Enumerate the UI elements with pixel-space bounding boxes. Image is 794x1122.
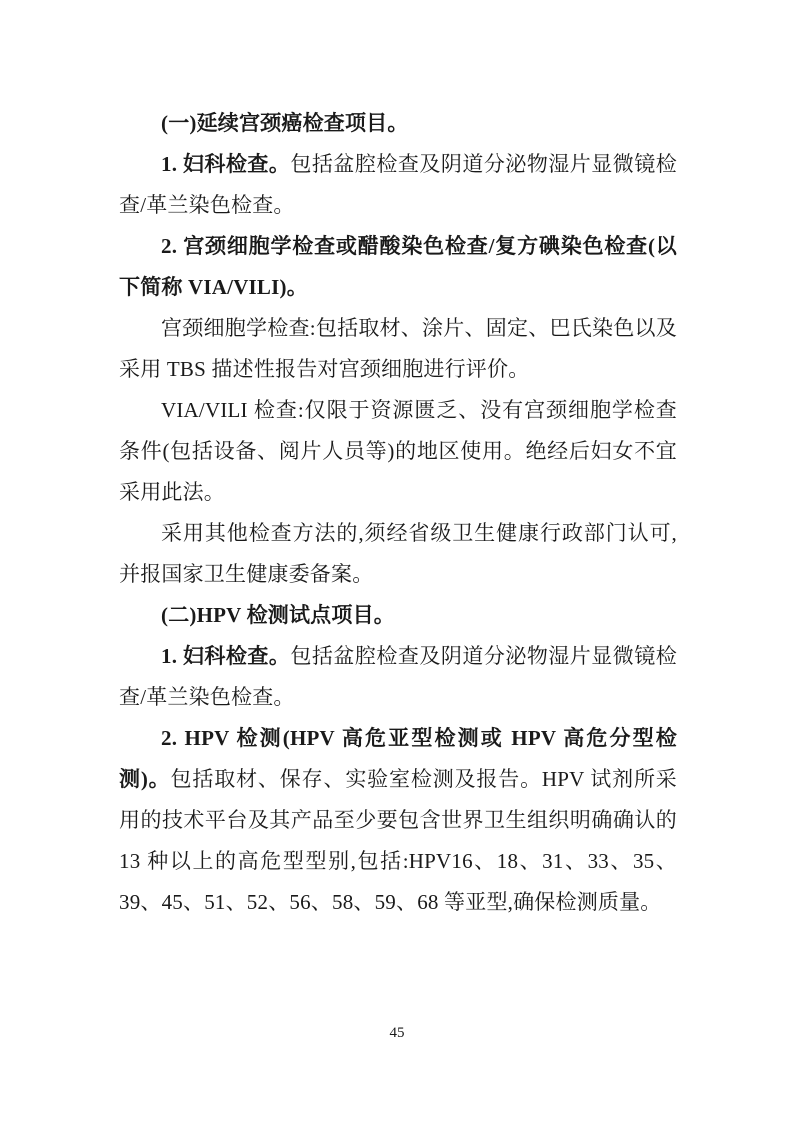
paragraph: 2. HPV 检测(HPV 高危亚型检测或 HPV 高危分型检测)。包括取材、保… bbox=[119, 718, 677, 923]
text-run-bold: 2. 宫颈细胞学检查或醋酸染色检查/复方碘染色检查(以下简称 VIA/VILI)… bbox=[119, 234, 677, 299]
paragraph: (二)HPV 检测试点项目。 bbox=[119, 595, 677, 636]
document-body: (一)延续宫颈癌检查项目。1. 妇科检查。包括盆腔检查及阴道分泌物湿片显微镜检查… bbox=[119, 103, 677, 923]
paragraph: 1. 妇科检查。包括盆腔检查及阴道分泌物湿片显微镜检查/革兰染色检查。 bbox=[119, 144, 677, 226]
paragraph: (一)延续宫颈癌检查项目。 bbox=[119, 103, 677, 144]
text-run-bold: (二)HPV 检测试点项目。 bbox=[161, 603, 395, 627]
page-number: 45 bbox=[0, 1024, 794, 1042]
paragraph: VIA/VILI 检查:仅限于资源匮乏、没有宫颈细胞学检查条件(包括设备、阅片人… bbox=[119, 390, 677, 513]
text-run: VIA/VILI 检查:仅限于资源匮乏、没有宫颈细胞学检查条件(包括设备、阅片人… bbox=[119, 398, 677, 504]
text-run-bold: 1. 妇科检查。 bbox=[161, 644, 290, 668]
text-run: 采用其他检查方法的,须经省级卫生健康行政部门认可,并报国家卫生健康委备案。 bbox=[119, 521, 677, 586]
paragraph: 1. 妇科检查。包括盆腔检查及阴道分泌物湿片显微镜检查/革兰染色检查。 bbox=[119, 636, 677, 718]
document-page: (一)延续宫颈癌检查项目。1. 妇科检查。包括盆腔检查及阴道分泌物湿片显微镜检查… bbox=[0, 0, 794, 1122]
paragraph: 2. 宫颈细胞学检查或醋酸染色检查/复方碘染色检查(以下简称 VIA/VILI)… bbox=[119, 226, 677, 308]
text-run-bold: 1. 妇科检查。 bbox=[161, 152, 290, 176]
text-run: 宫颈细胞学检查:包括取材、涂片、固定、巴氏染色以及采用 TBS 描述性报告对宫颈… bbox=[119, 316, 677, 381]
paragraph: 采用其他检查方法的,须经省级卫生健康行政部门认可,并报国家卫生健康委备案。 bbox=[119, 513, 677, 595]
paragraph: 宫颈细胞学检查:包括取材、涂片、固定、巴氏染色以及采用 TBS 描述性报告对宫颈… bbox=[119, 308, 677, 390]
text-run: 包括取材、保存、实验室检测及报告。HPV 试剂所采用的技术平台及其产品至少要包含… bbox=[119, 767, 677, 914]
text-run-bold: (一)延续宫颈癌检查项目。 bbox=[161, 111, 409, 135]
